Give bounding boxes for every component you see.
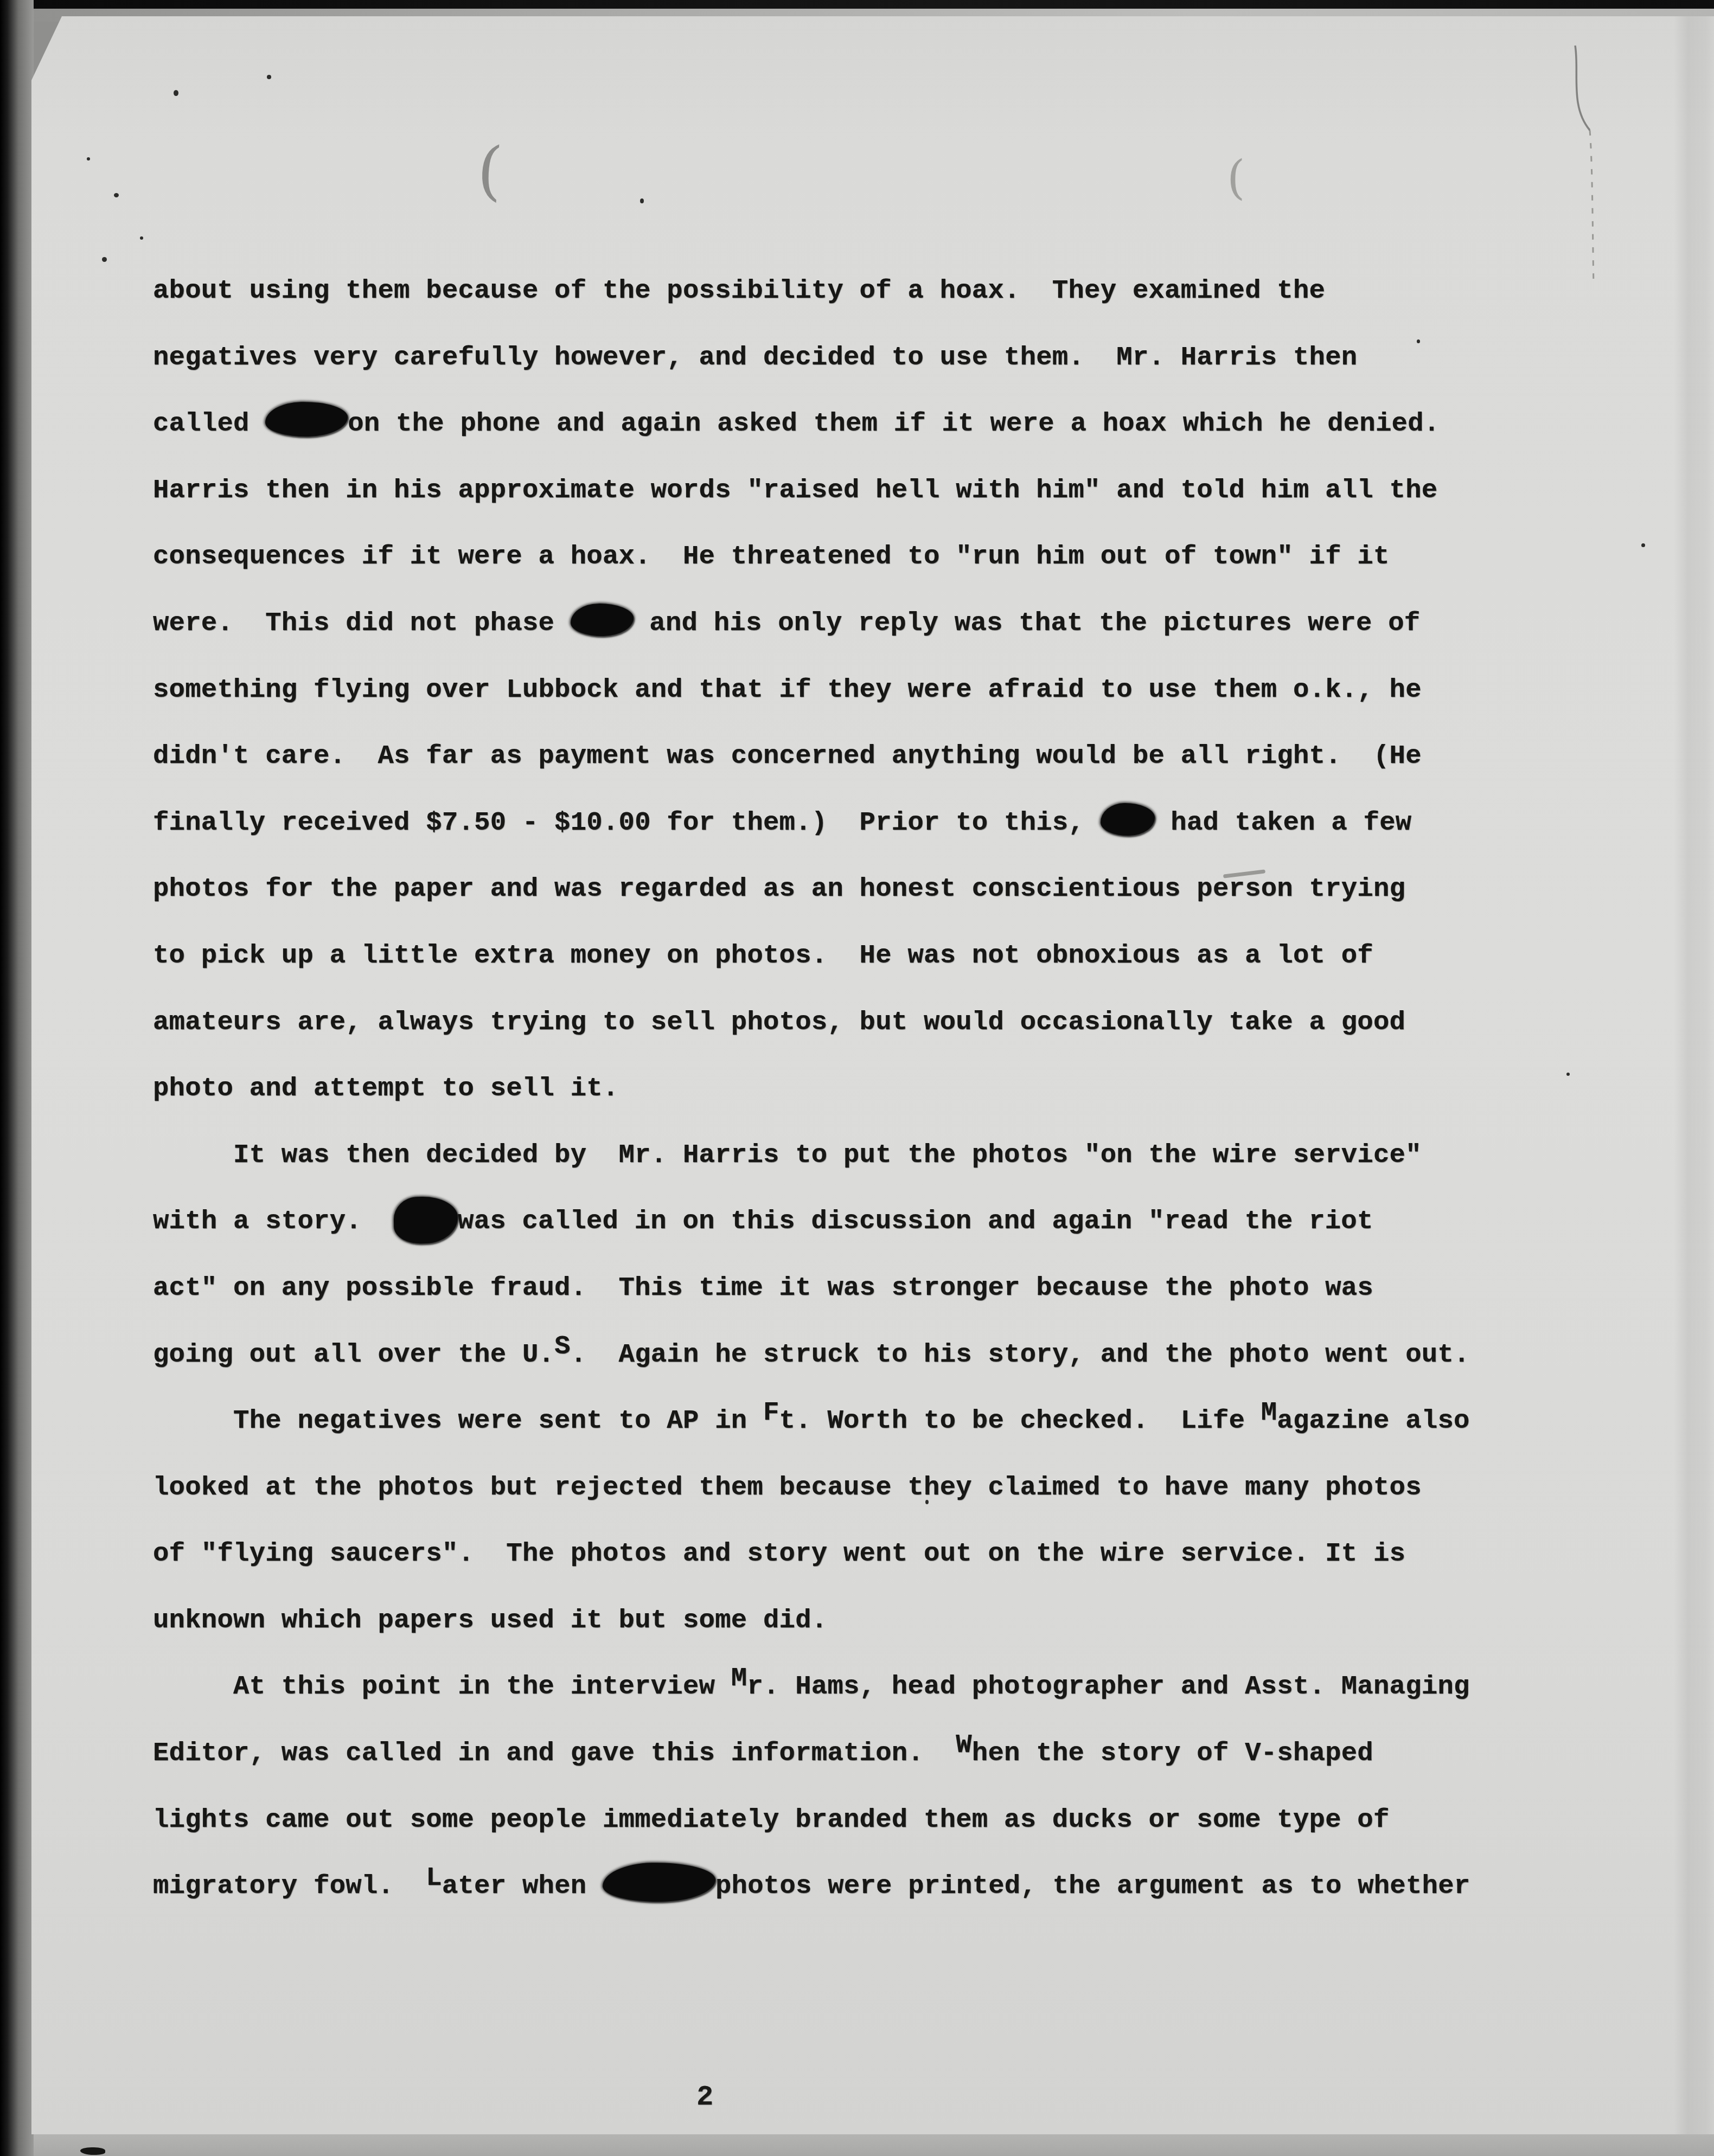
text-segment: hen the story of V-shaped — [972, 1738, 1373, 1768]
text-segment: r. Hams, head photographer and Asst. Man… — [747, 1671, 1469, 1702]
redaction-mark — [393, 1196, 458, 1244]
raised-character: L — [426, 1863, 442, 1893]
text-line: looked at the photos but rejected them b… — [153, 1454, 1617, 1521]
redaction-mark — [570, 603, 634, 637]
text-segment: lights came out some people immediately … — [153, 1805, 1390, 1835]
raised-character: M — [1261, 1397, 1277, 1428]
raised-character: M — [731, 1663, 747, 1693]
text-line: photos for the paper and was regarded as… — [153, 856, 1617, 922]
text-segment: migratory fowl. — [153, 1871, 426, 1901]
text-segment: was called in on this discussion and aga… — [458, 1206, 1373, 1236]
pen-mark-right-curve: ( — [1227, 151, 1245, 205]
text-segment: to pick up a little extra money on photo… — [153, 940, 1373, 971]
ink-speck — [87, 157, 90, 161]
ink-speck — [102, 257, 107, 262]
text-segment: It was then decided by Mr. Harris to put… — [153, 1140, 1422, 1170]
text-segment: t. Worth to be checked. Life — [779, 1406, 1261, 1436]
text-segment: of "flying saucers". The photos and stor… — [153, 1538, 1405, 1569]
scanned-document-screenshot: { "page": { "number": "2" }, "colors": {… — [0, 0, 1714, 2156]
text-segment: looked at the photos but rejected them b… — [153, 1472, 1422, 1503]
text-line: something flying over Lubbock and that i… — [153, 657, 1617, 723]
text-segment: photos were printed, the argument as to … — [715, 1871, 1470, 1901]
ink-speck — [1417, 339, 1420, 343]
ink-speck — [640, 198, 644, 203]
redaction-mark — [602, 1862, 715, 1903]
text-segment: didn't care. As far as payment was conce… — [153, 741, 1422, 771]
text-line: negatives very carefully however, and de… — [153, 324, 1617, 391]
text-segment: ater when — [442, 1871, 603, 1901]
text-segment: finally received $7.50 - $10.00 for them… — [153, 807, 1101, 838]
text-segment: consequences if it were a hoax. He threa… — [153, 541, 1390, 572]
text-line: about using them because of the possibil… — [153, 258, 1617, 324]
text-line: unknown which papers used it but some di… — [153, 1587, 1617, 1654]
redaction-mark — [1100, 803, 1155, 836]
text-line: to pick up a little extra money on photo… — [153, 922, 1617, 989]
text-segment: called — [153, 408, 265, 439]
text-segment: about using them because of the possibil… — [153, 275, 1325, 306]
text-segment: were. This did not phase — [153, 608, 571, 638]
text-line: It was then decided by Mr. Harris to put… — [153, 1122, 1617, 1189]
text-line: were. This did not phase and his only re… — [153, 590, 1617, 657]
text-segment: something flying over Lubbock and that i… — [153, 675, 1422, 705]
edge-ink-blob — [80, 2147, 105, 2155]
text-line: act" on any possible fraud. This time it… — [153, 1255, 1617, 1321]
ink-speck — [114, 193, 119, 197]
text-segment: The negatives were sent to AP in — [153, 1406, 763, 1436]
redaction-mark — [265, 401, 348, 438]
text-segment: Editor, was called in and gave this info… — [153, 1738, 956, 1768]
text-segment: and his only reply was that the pictures… — [634, 608, 1421, 638]
text-segment: amateurs are, always trying to sell phot… — [153, 1007, 1405, 1037]
text-line: called on the phone and again asked them… — [153, 390, 1617, 457]
raised-character: S — [554, 1331, 571, 1362]
pen-mark-left-paren: ( — [475, 132, 504, 208]
text-segment: At this point in the interview — [153, 1671, 731, 1702]
text-line: Editor, was called in and gave this info… — [153, 1720, 1617, 1787]
text-line: photo and attempt to sell it. — [153, 1055, 1617, 1122]
text-line: Harris then in his approximate words "ra… — [153, 457, 1617, 524]
page-number: 2 — [696, 2081, 713, 2113]
text-line: consequences if it were a hoax. He threa… — [153, 523, 1617, 590]
paper-right-shade — [1674, 16, 1714, 2134]
text-line: finally received $7.50 - $10.00 for them… — [153, 790, 1617, 856]
text-line: amateurs are, always trying to sell phot… — [153, 989, 1617, 1056]
text-block: about using them because of the possibil… — [153, 258, 1617, 1920]
raised-character: W — [956, 1730, 972, 1760]
text-segment: photo and attempt to sell it. — [153, 1073, 619, 1103]
text-segment: on the phone and again asked them if it … — [348, 408, 1440, 439]
text-line: going out all over the U.S. Again he str… — [153, 1321, 1617, 1388]
text-line: with a story. was called in on this disc… — [153, 1188, 1617, 1255]
ink-speck — [925, 1500, 929, 1504]
text-segment: unknown which papers used it but some di… — [153, 1605, 827, 1635]
scan-edge-bottom — [0, 2134, 1714, 2156]
text-segment: had taken a few — [1155, 807, 1412, 838]
ink-speck — [1566, 1073, 1570, 1076]
text-segment: Harris then in his approximate words "ra… — [153, 475, 1437, 505]
text-segment: agazine also — [1277, 1406, 1469, 1436]
text-segment: act" on any possible fraud. This time it… — [153, 1273, 1373, 1303]
text-line: migratory fowl. Later when photos were p… — [153, 1853, 1617, 1920]
text-line: At this point in the interview Mr. Hams,… — [153, 1653, 1617, 1720]
text-segment: with a story. — [153, 1206, 394, 1236]
text-segment: . Again he struck to his story, and the … — [571, 1339, 1470, 1370]
text-segment: photos for the paper and was regarded as… — [153, 874, 1405, 904]
text-line: The negatives were sent to AP in Ft. Wor… — [153, 1388, 1617, 1454]
text-line: of "flying saucers". The photos and stor… — [153, 1520, 1617, 1587]
scan-edge-left — [0, 0, 34, 2156]
ink-speck — [140, 236, 143, 240]
text-line: lights came out some people immediately … — [153, 1787, 1617, 1853]
text-line: didn't care. As far as payment was conce… — [153, 723, 1617, 790]
ink-speck — [174, 90, 178, 96]
text-segment: negatives very carefully however, and de… — [153, 342, 1357, 373]
scan-edge-top — [0, 0, 1714, 9]
ink-speck — [1641, 543, 1645, 547]
raised-character: F — [763, 1397, 779, 1428]
ink-speck — [267, 75, 271, 79]
text-segment: going out all over the U. — [153, 1339, 554, 1370]
